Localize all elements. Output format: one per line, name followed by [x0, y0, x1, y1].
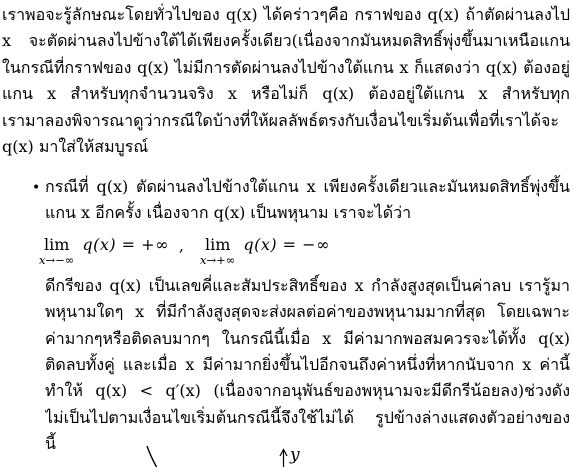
limit-operator-right: lim x→+∞ — [200, 235, 235, 266]
curve-segment — [147, 446, 157, 467]
limit-equation: lim x→−∞ q(x) = +∞ , lim x→+∞ q(x) = −∞ — [39, 235, 570, 267]
polynomial-figure: y — [0, 440, 573, 467]
lim-word: lim — [205, 235, 230, 255]
text-line: กรณีที่ q(x) ตัดผ่านลงไปข้างใต้แกน x เพี… — [45, 174, 570, 200]
bullet-icon: • — [32, 175, 40, 201]
equation-comma: , — [179, 235, 184, 257]
limit-operator-left: lim x→−∞ — [39, 235, 74, 266]
text-line: ติดลบทั้งคู่ และเมื่อ x มีค่ามากยิ่งขึ้น… — [45, 352, 570, 378]
text-line: q(x) มาใส่ให้สมบูรณ์ — [2, 134, 570, 160]
document-page: เราพอจะรู้ลักษณะโดยทั่วไปของ q(x) ได้คร่… — [0, 0, 573, 467]
text-line: เราพอจะรู้ลักษณะโดยทั่วไปของ q(x) ได้คร่… — [2, 2, 570, 28]
text-line: ค่ามากๆหรือติดลบมากๆ ในกรณีนี้เมื่อ x มี… — [45, 326, 570, 352]
intro-paragraph: เราพอจะรู้ลักษณะโดยทั่วไปของ q(x) ได้คร่… — [2, 2, 570, 160]
y-axis-label: y — [289, 445, 300, 465]
bullet-item: • กรณีที่ q(x) ตัดผ่านลงไปข้างใต้แกน x เ… — [45, 174, 570, 458]
limit-expression-left: q(x) = +∞ — [82, 235, 169, 255]
text-line: แกน x สำหรับทุกจำนวนจริง x หรือไม่ก็ q(x… — [2, 81, 570, 107]
text-line: เรามาลองพิจารณาดูว่ากรณีใดบ้างที่ให้ผลลั… — [2, 108, 570, 134]
text-line: ทำให้ q(x) < q′(x) (เนื่องจากอนุพันธ์ของ… — [45, 378, 570, 404]
text-line: ดีกรีของ q(x) เป็นเลขคี่และสัมประสิทธิ์ข… — [45, 273, 570, 299]
limit-subscript: x→−∞ — [39, 255, 74, 266]
limit-subscript: x→+∞ — [200, 255, 235, 266]
text-line: แกน x อีกครั้ง เนื่องจาก q(x) เป็นพหุนาม… — [45, 200, 570, 226]
text-line: ไม่เป็นไปตามเงื่อนไขเริ่มต้นกรณีนี้จึงใช… — [45, 405, 570, 431]
text-line: พหุนามใดๆ x ที่มีกำลังสูงสุดจะส่งผลต่อค่… — [45, 299, 570, 325]
text-line: x จะตัดผ่านลงไปข้างใต้ได้เพียงครั้งเดียว… — [2, 28, 570, 54]
lim-word: lim — [44, 235, 69, 255]
limit-expression-right: q(x) = −∞ — [243, 235, 330, 255]
text-line: ในกรณีที่กราฟของ q(x) ไม่มีการตัดผ่านลงไ… — [2, 55, 570, 81]
